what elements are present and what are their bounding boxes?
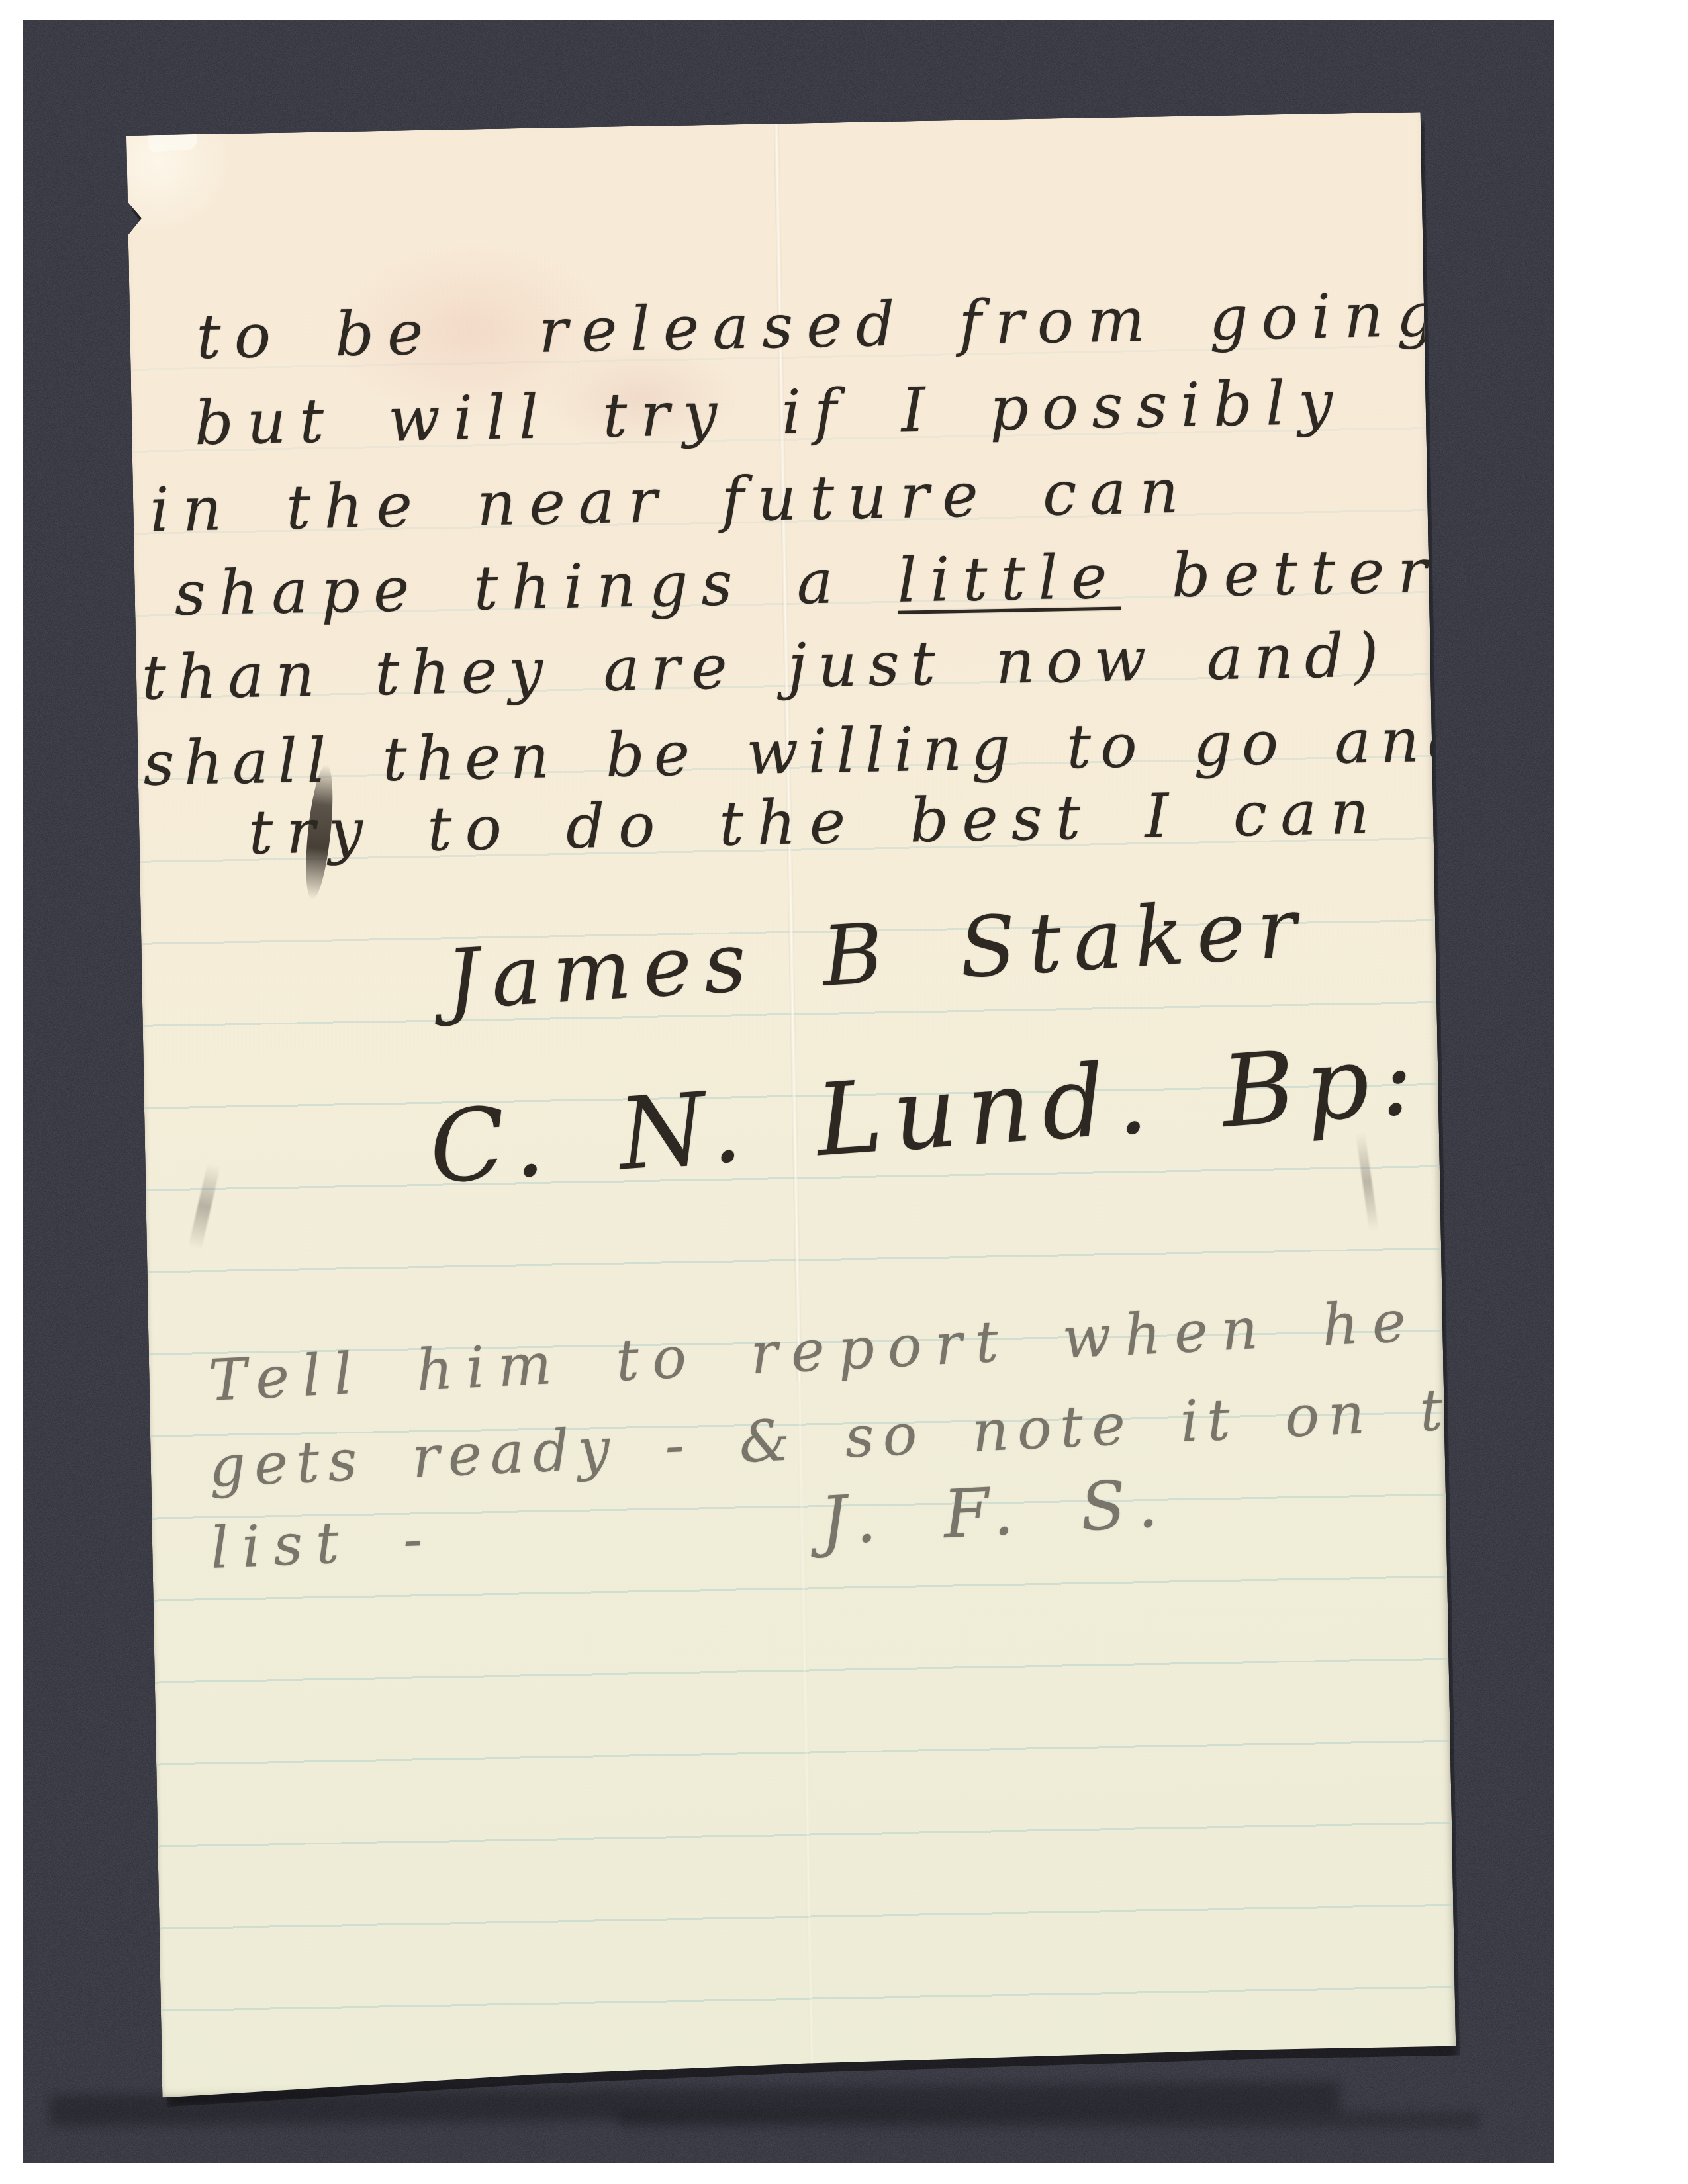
signature-bishop-c-n-lund: C. N. Lund. Bp: — [426, 1023, 1427, 1205]
letter-line-2: but will try if I possibly — [194, 363, 1346, 463]
letter-line-4-post: better — [1119, 535, 1440, 612]
signature-james-b-staker: James B Staker — [444, 878, 1311, 1030]
mat-shadow-streak-2 — [619, 2111, 1479, 2128]
pencil-note-line-3: list - — [209, 1502, 438, 1585]
letter-line-4-pre: shape things a — [174, 545, 898, 629]
letter-line-3: in the near future can — [149, 452, 1192, 551]
handwriting-layer: to be released from going but will try i… — [126, 112, 1456, 2097]
scanned-document-page: to be released from going but will try i… — [0, 0, 1688, 2184]
letter-line-4-underlined-word: little — [897, 541, 1121, 616]
letter-line-1: to be released from going — [196, 275, 1450, 377]
letter-paper: to be released from going but will try i… — [126, 112, 1456, 2097]
pencil-initials: J. F. S. — [819, 1467, 1173, 1558]
